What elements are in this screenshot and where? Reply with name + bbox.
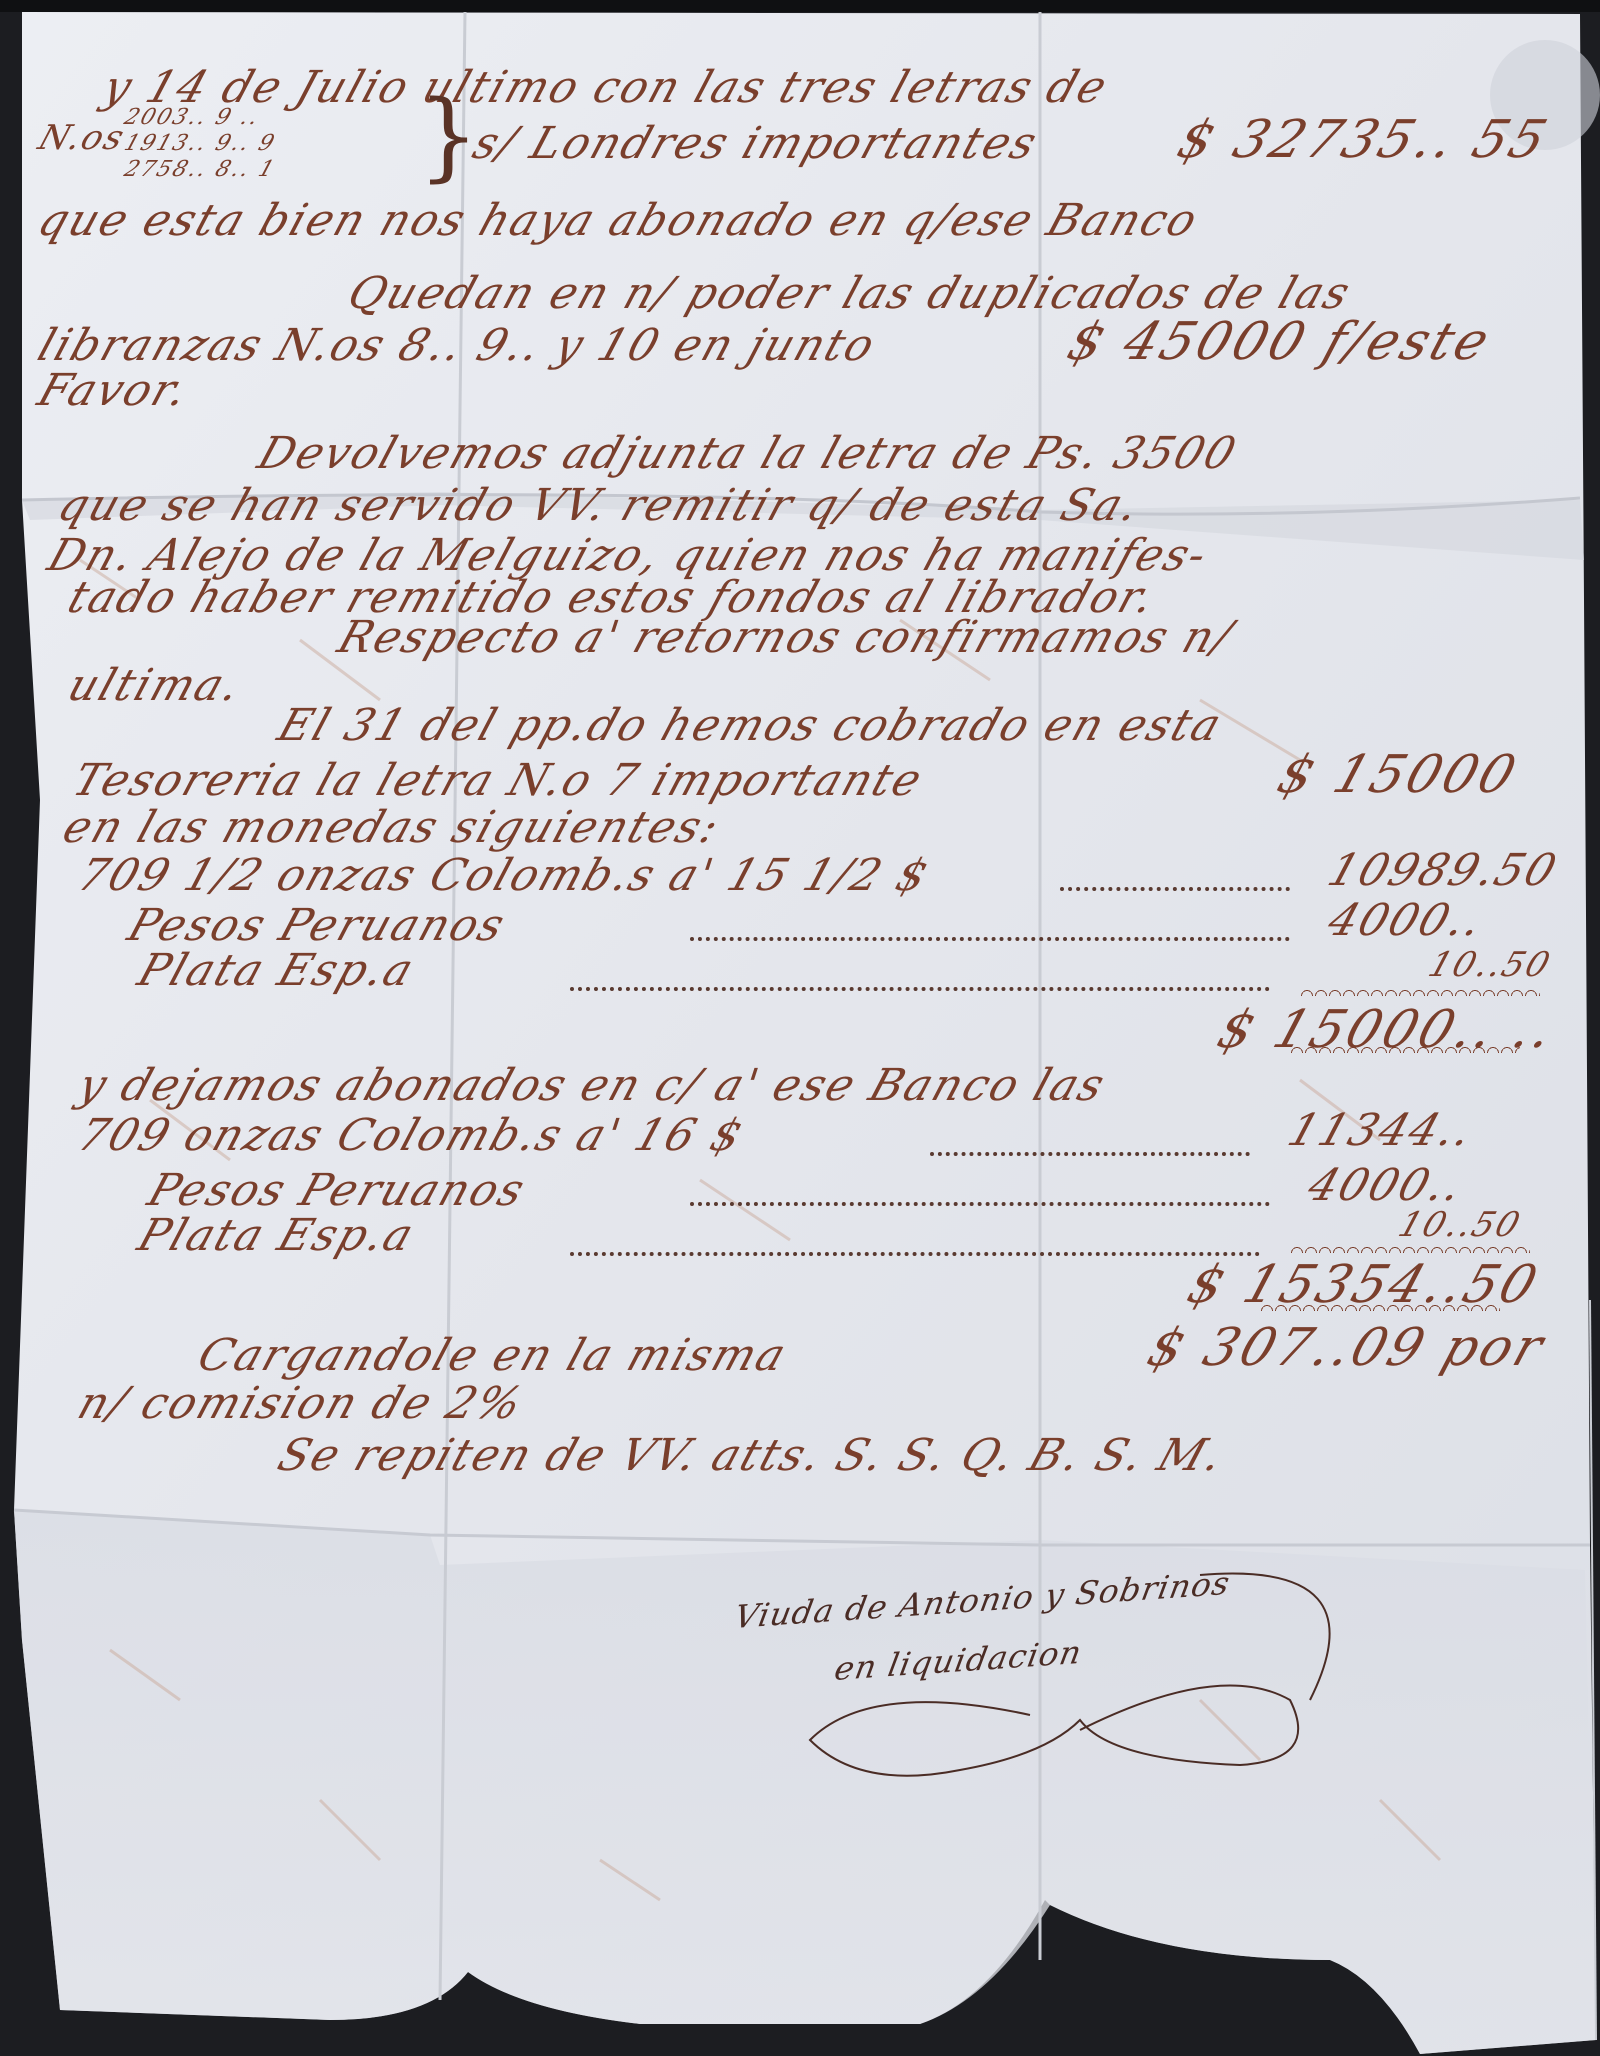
closing-line-2: n/ comision de 2% — [72, 1378, 530, 1429]
amount-45000: $ 45000 f/este — [1060, 312, 1499, 372]
letter-line-14: Tesoreria la letra N.o 7 importante — [67, 755, 930, 806]
ledger-1-row-value: 10..50 — [1424, 945, 1557, 985]
total-underline — [1260, 1303, 1500, 1311]
leader-dots — [1060, 885, 1290, 891]
ledger-2-row-label: Plata Esp.a — [132, 1210, 421, 1261]
letter-sheet: y 14 de Julio ultimo con las tres letras… — [0, 0, 1600, 2056]
commission-amount: $ 307..09 por — [1140, 1318, 1553, 1378]
total-underline — [1290, 1045, 1520, 1053]
letter-line-7: Devolvemos adjunta la letra de Ps. 3500 — [252, 428, 1244, 479]
letter-line-8: que se han servido VV. remitir q/ de est… — [52, 480, 1147, 531]
ledger-1-row-label: Plata Esp.a — [132, 945, 421, 996]
ledger-2-row-label: 709 onzas Colomb.s a' 16 $ — [72, 1110, 751, 1161]
ledger-2-row-value: 11344.. — [1282, 1105, 1481, 1156]
letter-line-15: en las monedas siguientes: — [57, 802, 727, 853]
closing-line-1: Cargandole en la misma — [192, 1330, 794, 1381]
ledger-1-row-value: 10989.50 — [1322, 845, 1565, 896]
letter-line-11: Respecto a' retornos confirmamos n/ — [332, 612, 1240, 663]
closing-line-3: Se repiten de VV. atts. S. S. Q. B. S. M… — [272, 1430, 1231, 1481]
ledger-2-intro: y dejamos abonados en c/ a' ese Banco la… — [72, 1060, 1113, 1111]
bill-amount-1: 2003.. 9 .. — [121, 106, 263, 130]
sum-underline — [1300, 988, 1540, 996]
leader-dots — [690, 1200, 1270, 1206]
ledger-1-row-label: Pesos Peruanos — [122, 900, 513, 951]
letter-line-6: Favor. — [32, 365, 196, 416]
letter-line-12: ultima. — [62, 660, 249, 711]
bill-amount-2: 1913.. 9.. 9 — [121, 132, 279, 156]
ledger-1-row-value: 4000.. — [1322, 895, 1491, 946]
leader-dots — [690, 935, 1290, 941]
letter-line-2: s/ Londres importantes — [467, 118, 1045, 169]
letter-line-2-prefix: N.os — [34, 118, 131, 158]
bill-amount-3: 2758.. 8.. 1 — [121, 158, 279, 182]
letter-line-13: El 31 del pp.do hemos cobrado en esta — [272, 700, 1229, 751]
letter-line-5: libranzas N.os 8.. 9.. y 10 en junto — [32, 320, 883, 371]
amount-32735: $ 32735.. 55 — [1170, 110, 1556, 170]
ledger-2-row-value: 10..50 — [1394, 1205, 1527, 1245]
leader-dots — [570, 985, 1270, 991]
brace-symbol: } — [418, 88, 479, 184]
sum-underline — [1290, 1245, 1530, 1253]
leader-dots — [930, 1150, 1250, 1156]
letter-line-3: que esta bien nos haya abonado en q/ese … — [32, 195, 1205, 246]
ledger-1-row-label: 709 1/2 onzas Colomb.s a' 15 1/2 $ — [72, 850, 936, 901]
ledger-2-row-value: 4000.. — [1302, 1160, 1471, 1211]
amount-15000: $ 15000 — [1270, 745, 1526, 805]
ledger-2-row-label: Pesos Peruanos — [142, 1165, 533, 1216]
leader-dots — [570, 1250, 1260, 1256]
